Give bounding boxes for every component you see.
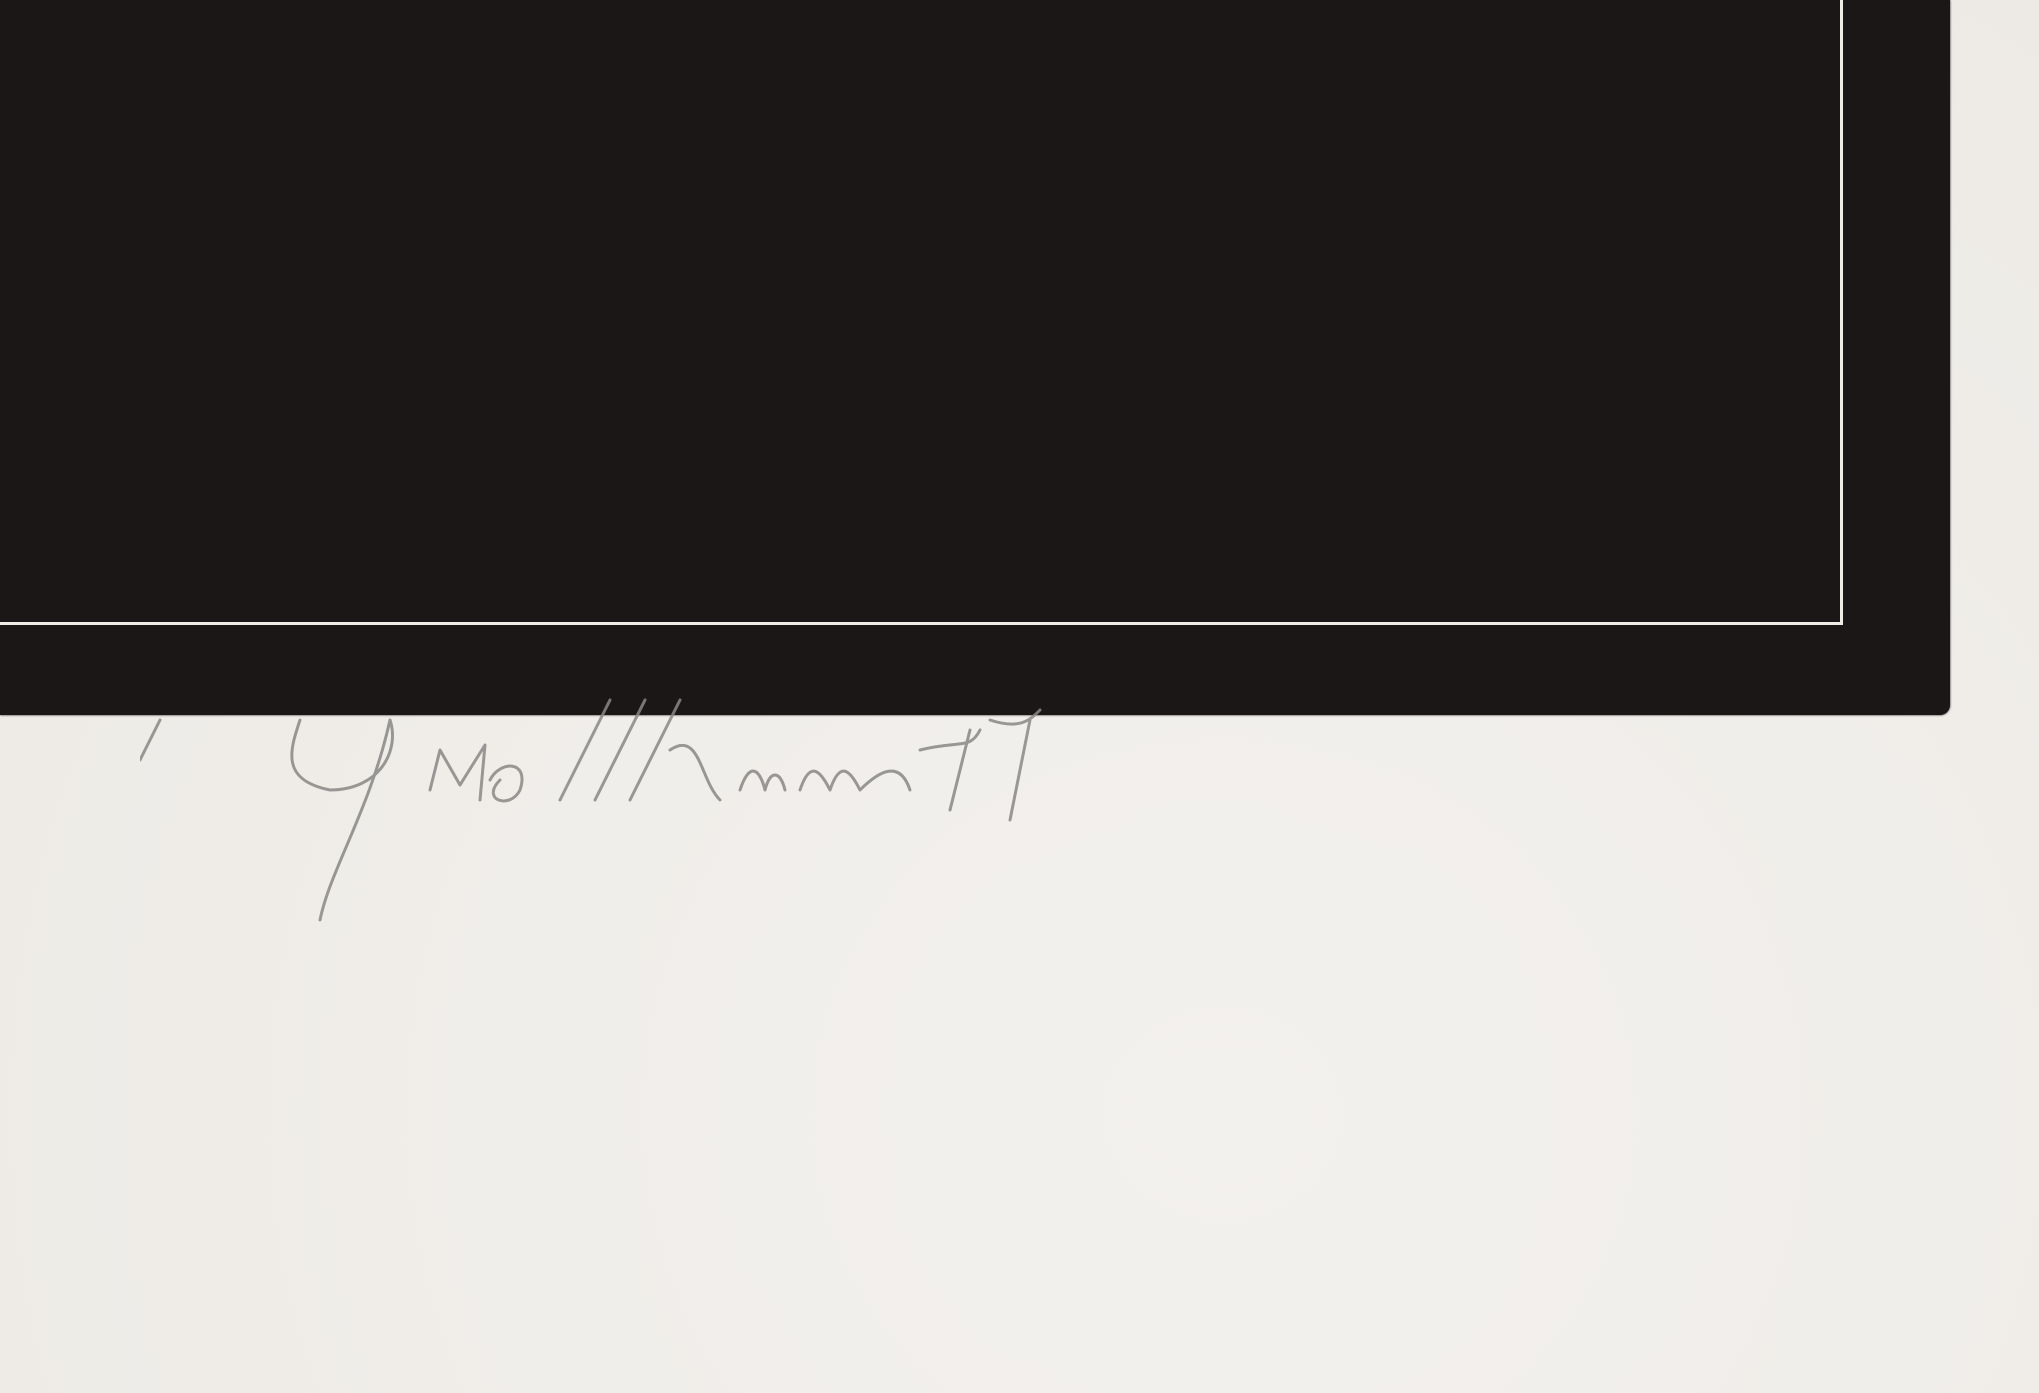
pencil-signature: D. Matthäus 77 [140, 690, 1700, 930]
inner-frame-line [0, 0, 1843, 625]
signature-strokes-icon [140, 690, 1700, 930]
signature-text: D. Matthäus 77 [140, 690, 148, 691]
black-print-area [0, 0, 1950, 715]
